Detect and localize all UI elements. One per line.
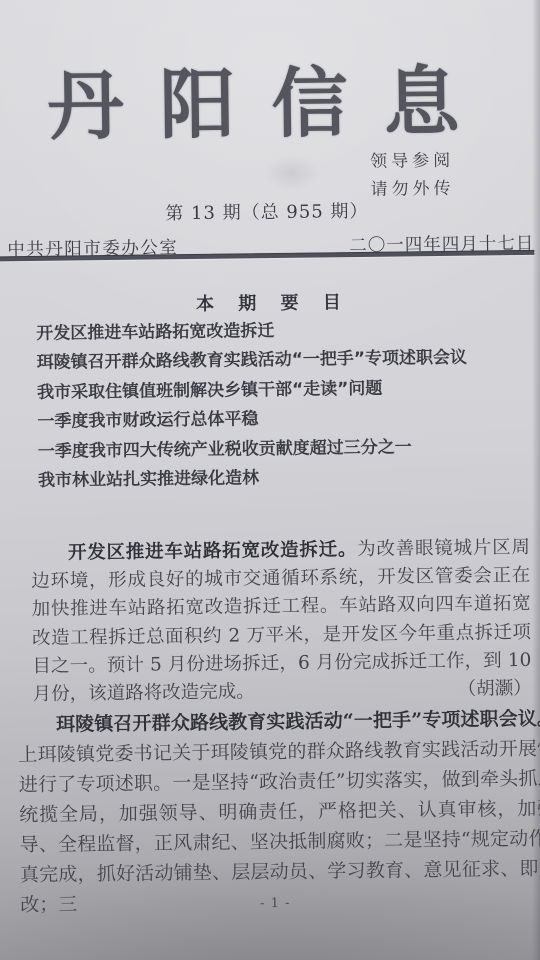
toc-list: 开发区推进车站路拓宽改造拆迁 珥陵镇召开群众路线教育实践活动“一把手”专项述职会… xyxy=(36,314,540,497)
article-1: 开发区推进车站路拓宽改造拆迁。为改善眼镜城片区周边环境，形成良好的城市交通循环系… xyxy=(31,534,532,709)
article-1-byline: （胡灏） xyxy=(421,675,532,705)
document-photo: 丹阳信息 领导参阅 请勿外传 第 13 期（总 955 期） 中共丹阳市委办公室… xyxy=(0,0,540,960)
article-1-title: 开发区推进车站路拓宽改造拆迁。 xyxy=(68,539,357,564)
page-content: 丹阳信息 领导参阅 请勿外传 第 13 期（总 955 期） 中共丹阳市委办公室… xyxy=(0,0,540,960)
article-2-title: 珥陵镇召开群众路线教育实践活动“一把手”专项述职会议。 xyxy=(56,708,540,736)
masthead-title: 丹阳信息 xyxy=(0,61,540,148)
issue-line: 第 13 期（总 955 期） xyxy=(0,199,537,228)
confidential-line-1: 领导参阅 xyxy=(370,147,454,176)
toc-item: 我市林业站扎实推进绿化造林 xyxy=(38,461,540,497)
bottom-vignette xyxy=(0,820,540,960)
article-1-paragraph: 开发区推进车站路拓宽改造拆迁。为改善眼镜城片区周边环境，形成良好的城市交通循环系… xyxy=(31,534,532,709)
toc-item: 珥陵镇召开群众路线教育实践活动“一把手”专项述职会议 xyxy=(37,343,540,379)
paper-edge-shadow xyxy=(532,0,540,960)
confidential-note: 领导参阅 请勿外传 xyxy=(370,147,455,204)
toc-heading: 本 期 要 目 xyxy=(8,286,538,318)
